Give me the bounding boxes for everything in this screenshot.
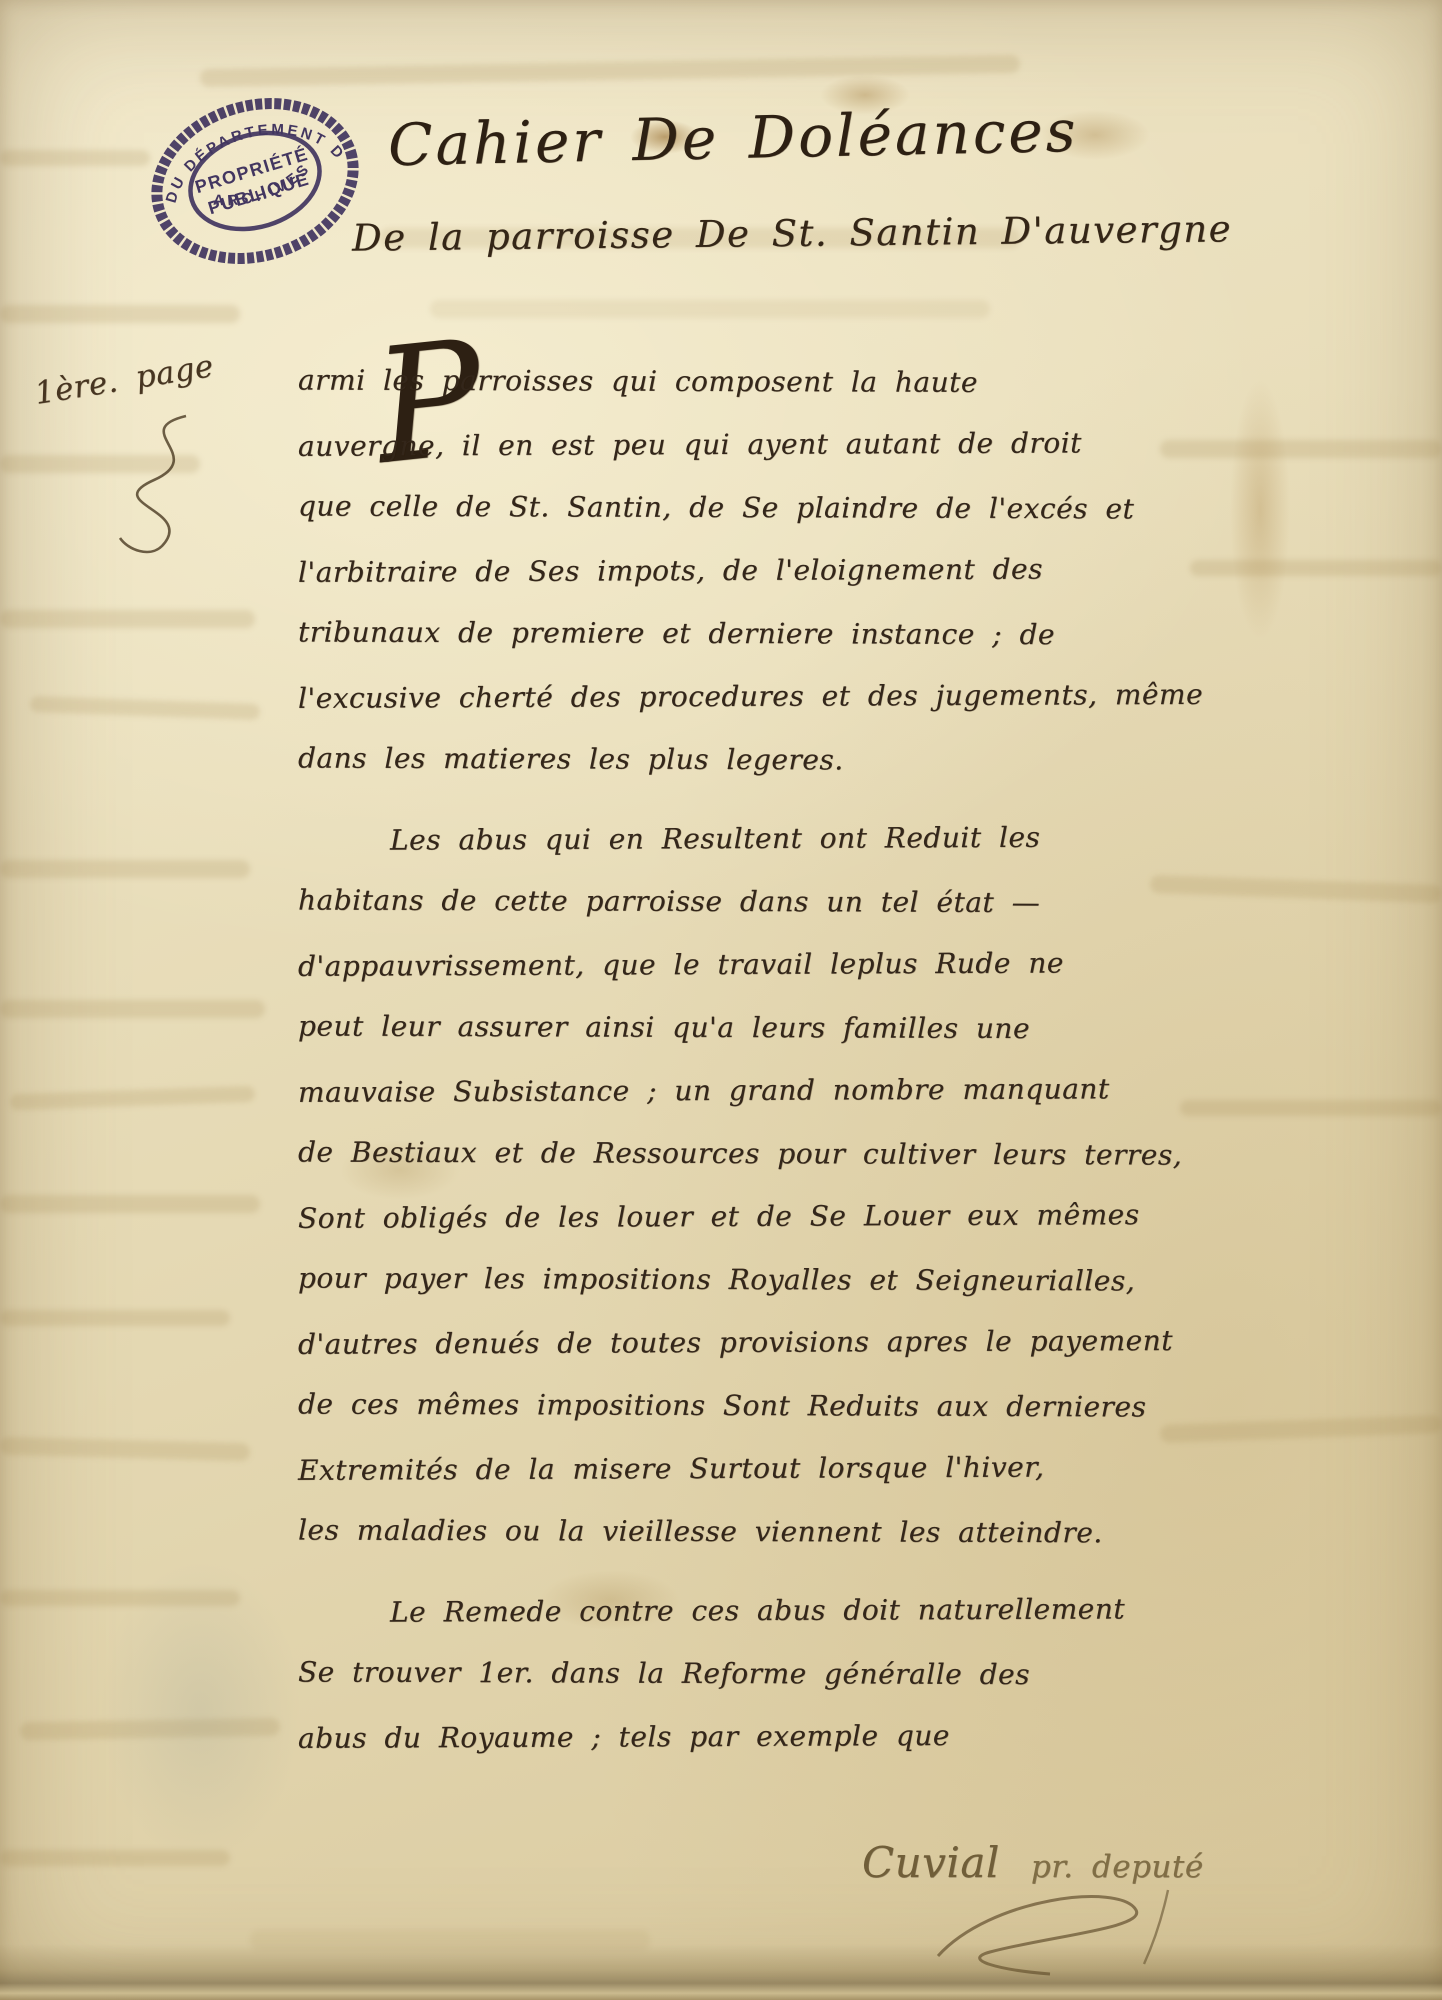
manuscript-line: Le Remede contre ces abus doit naturelle… xyxy=(390,1577,1148,1643)
paper-stain xyxy=(1230,380,1290,640)
manuscript-line: que celle de St. Santin, de Se plaindre … xyxy=(298,475,1148,541)
ink-bleed-smudge xyxy=(0,860,250,878)
manuscript-line: armi les parroisses qui composent la hau… xyxy=(298,349,1148,415)
manuscript-line: habitans de cette parroisse dans un tel … xyxy=(298,869,1148,935)
signature-block: Cuvial pr. deputé xyxy=(862,1838,1204,1887)
ink-bleed-smudge xyxy=(1190,560,1442,576)
ink-bleed-smudge xyxy=(1150,875,1442,903)
manuscript-line: d'appauvrissement, que le travail leplus… xyxy=(298,931,1148,998)
paragraph: Parmi les parroisses qui composent la ha… xyxy=(298,350,1148,791)
manuscript-line: pour payer les impositions Royalles et S… xyxy=(298,1247,1148,1313)
margin-page-note: 1ère. page xyxy=(32,348,216,412)
manuscript-line: Se trouver 1er. dans la Reforme générall… xyxy=(298,1641,1148,1707)
manuscript-line: abus du Royaume ; tels par exemple que xyxy=(298,1703,1148,1770)
manuscript-line: Extremités de la misere Surtout lorsque … xyxy=(298,1435,1148,1502)
archive-stamp: DU DÉPARTEMENT D ARCHIVES PROPRIÉTÉ PUBL… xyxy=(121,63,389,299)
signature-name: Cuvial xyxy=(862,1838,1000,1887)
ink-bleed-smudge xyxy=(0,455,200,473)
manuscript-line: Les abus qui en Resultent ont Reduit les xyxy=(390,805,1148,871)
signature-paraph-flourish xyxy=(930,1878,1230,1998)
manuscript-line: mauvaise Subsistance ; un grand nombre m… xyxy=(298,1057,1148,1124)
manuscript-line: de Bestiaux et de Ressources pour cultiv… xyxy=(298,1121,1148,1187)
manuscript-line: dans les matieres les plus legeres. xyxy=(298,727,1148,793)
ink-bleed-smudge xyxy=(0,1590,240,1606)
document-subtitle: De la parroisse De St. Santin D'auvergne xyxy=(352,207,1232,259)
ink-bleed-smudge xyxy=(0,1850,230,1866)
manuscript-line: auvergne, il en est peu qui ayent autant… xyxy=(298,411,1148,478)
ink-bleed-smudge xyxy=(1160,1415,1442,1443)
ink-bleed-smudge xyxy=(0,1000,265,1018)
ink-bleed-smudge xyxy=(10,1086,255,1111)
signature-title: pr. deputé xyxy=(1031,1849,1204,1885)
document-title: Cahier De Doléances xyxy=(387,97,1079,179)
ink-bleed-smudge xyxy=(0,1195,260,1213)
ink-bleed-smudge xyxy=(0,1437,250,1462)
manuscript-line: l'excusive cherté des procedures et des … xyxy=(298,663,1148,730)
paragraph: Le Remede contre ces abus doit naturelle… xyxy=(298,1579,1148,1768)
ink-bleed-smudge xyxy=(0,305,240,323)
ink-bleed-smudge xyxy=(250,1930,650,1950)
ink-bleed-smudge xyxy=(1180,1100,1442,1116)
ink-bleed-smudge xyxy=(0,610,255,628)
manuscript-line: les maladies ou la vieillesse viennent l… xyxy=(298,1499,1148,1565)
ink-bleed-smudge xyxy=(430,300,990,318)
manuscript-line: Sont obligés de les louer et de Se Louer… xyxy=(298,1183,1148,1250)
ink-bleed-smudge xyxy=(0,1310,230,1326)
ink-bleed-smudge xyxy=(20,1718,280,1741)
manuscript-line: tribunaux de premiere et derniere instan… xyxy=(298,601,1148,667)
paragraph: Les abus qui en Resultent ont Reduit les… xyxy=(298,807,1148,1563)
manuscript-line: d'autres denués de toutes provisions apr… xyxy=(298,1309,1148,1376)
paper-stain xyxy=(100,1560,300,1860)
manuscript-page: DU DÉPARTEMENT D ARCHIVES PROPRIÉTÉ PUBL… xyxy=(0,0,1442,2000)
margin-paraph-flourish xyxy=(58,408,228,558)
manuscript-line: peut leur assurer ainsi qu'a leurs famil… xyxy=(298,995,1148,1061)
ink-bleed-smudge xyxy=(30,696,260,720)
manuscript-line: l'arbitraire de Ses impots, de l'eloigne… xyxy=(298,537,1148,604)
ink-bleed-smudge xyxy=(1160,440,1442,458)
body-text: Parmi les parroisses qui composent la ha… xyxy=(298,350,1148,1784)
manuscript-line: de ces mêmes impositions Sont Reduits au… xyxy=(298,1373,1148,1439)
